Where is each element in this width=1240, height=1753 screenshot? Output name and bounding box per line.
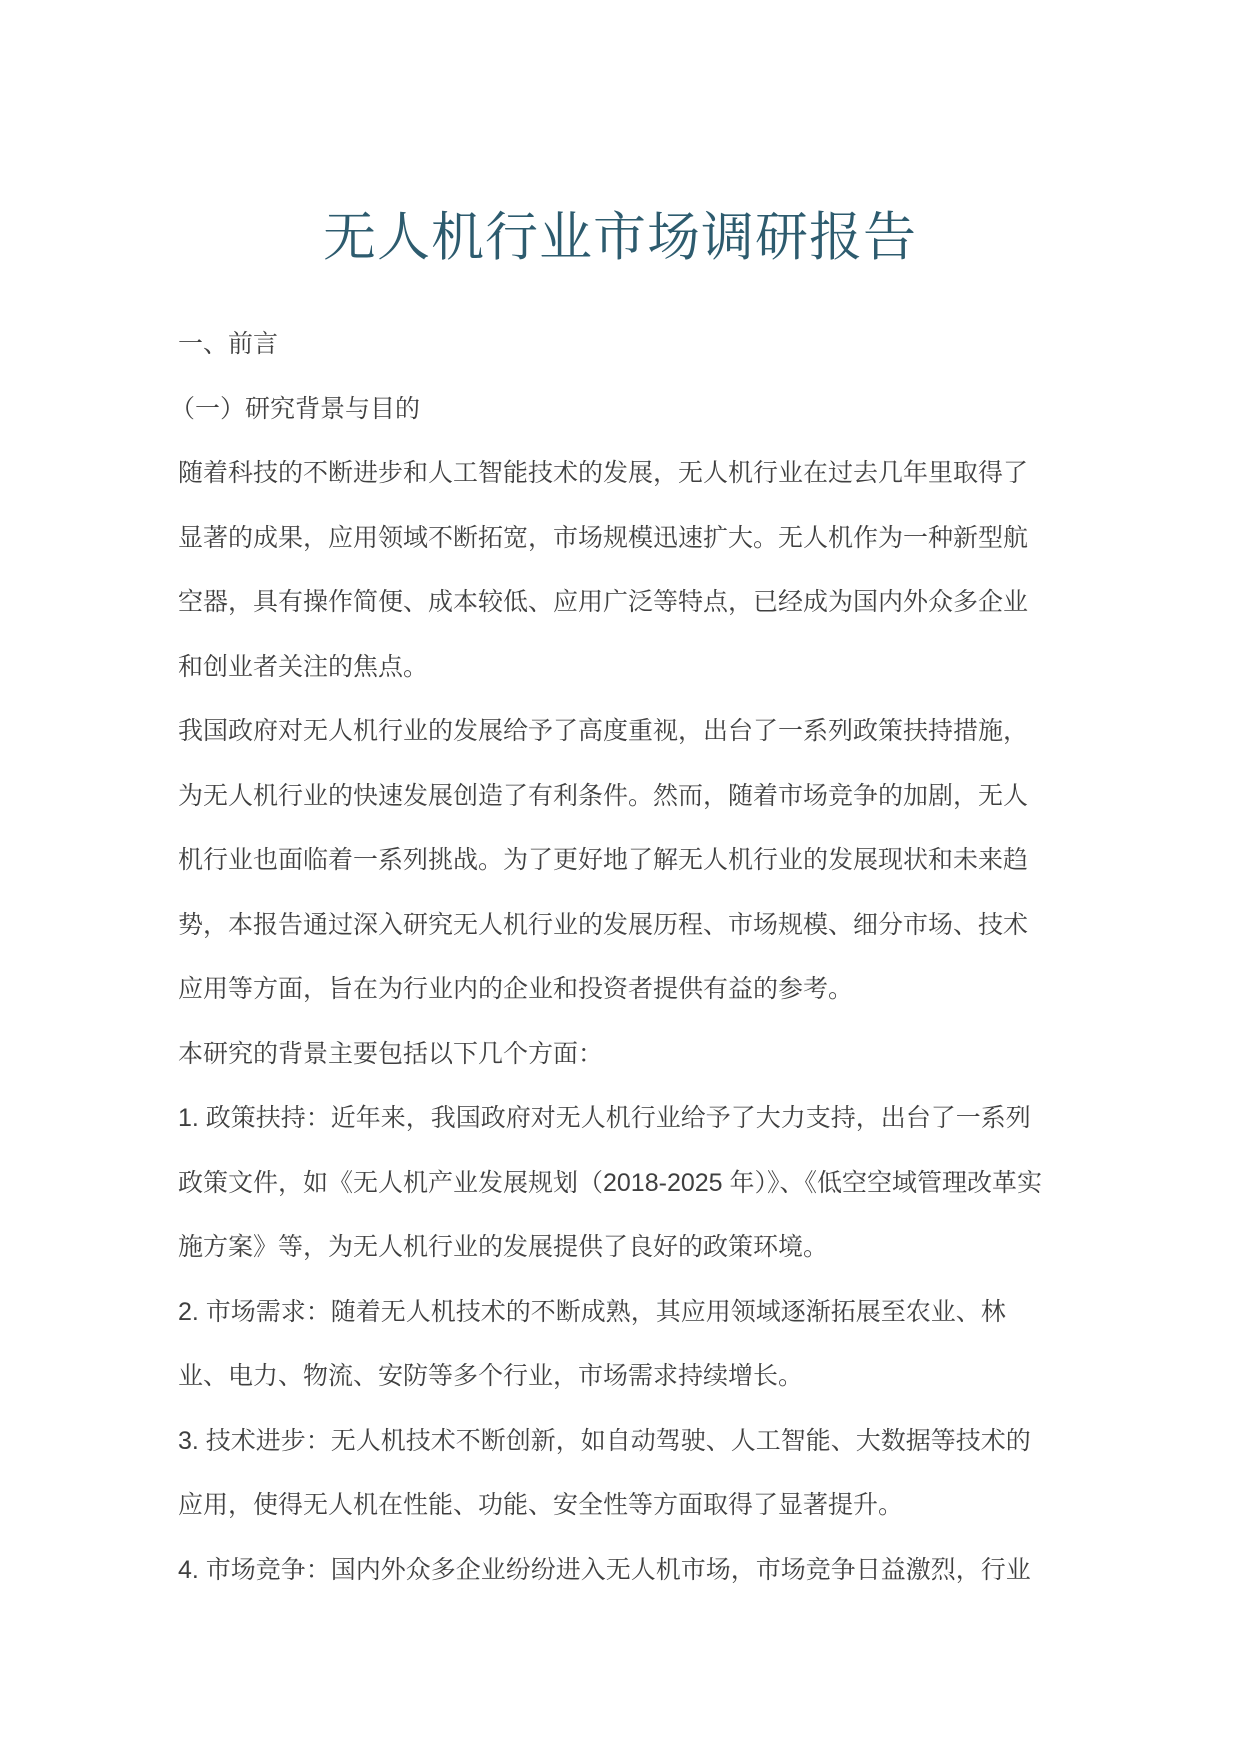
document-page: 无人机行业市场调研报告 一、前言 （一）研究背景与目的 随着科技的不断进步和人工… — [0, 0, 1240, 1753]
subsection-heading-background-purpose: （一）研究背景与目的 — [170, 377, 1078, 442]
paragraph-line: 业、电力、物流、安防等多个行业，市场需求持续增长。 — [178, 1344, 1078, 1409]
paragraph-line: 机行业也面临着一系列挑战。为了更好地了解无人机行业的发展现状和未来趋 — [178, 828, 1078, 893]
paragraph-line: 本研究的背景主要包括以下几个方面： — [178, 1022, 1078, 1087]
list-item-line-market-demand: 2. 市场需求：随着无人机技术的不断成熟，其应用领域逐渐拓展至农业、林 — [178, 1280, 1078, 1345]
paragraph-line: 显著的成果，应用领域不断拓宽，市场规模迅速扩大。无人机作为一种新型航 — [178, 506, 1078, 571]
list-item-line-policy-support: 1. 政策扶持：近年来，我国政府对无人机行业给予了大力支持，出台了一系列 — [178, 1086, 1078, 1151]
paragraph-line: 随着科技的不断进步和人工智能技术的发展，无人机行业在过去几年里取得了 — [178, 441, 1078, 506]
paragraph-line: 施方案》等，为无人机行业的发展提供了良好的政策环境。 — [178, 1215, 1078, 1280]
report-title: 无人机行业市场调研报告 — [0, 206, 1240, 270]
paragraph-line: 为无人机行业的快速发展创造了有利条件。然而，随着市场竞争的加剧，无人 — [178, 764, 1078, 829]
paragraph-line: 应用等方面，旨在为行业内的企业和投资者提供有益的参考。 — [178, 957, 1078, 1022]
paragraph-line: 空器，具有操作简便、成本较低、应用广泛等特点，已经成为国内外众多企业 — [178, 570, 1078, 635]
list-item-line-tech-progress: 3. 技术进步：无人机技术不断创新，如自动驾驶、人工智能、大数据等技术的 — [178, 1409, 1078, 1474]
paragraph-line: 应用，使得无人机在性能、功能、安全性等方面取得了显著提升。 — [178, 1473, 1078, 1538]
paragraph-line: 和创业者关注的焦点。 — [178, 635, 1078, 700]
paragraph-line: 政策文件，如《无人机产业发展规划（2018-2025 年）》、《低空空域管理改革… — [178, 1151, 1078, 1216]
list-item-line-market-competition: 4. 市场竞争：国内外众多企业纷纷进入无人机市场，市场竞争日益激烈，行业 — [178, 1538, 1078, 1603]
document-body: 一、前言 （一）研究背景与目的 随着科技的不断进步和人工智能技术的发展，无人机行… — [178, 312, 1078, 1602]
paragraph-line: 我国政府对无人机行业的发展给予了高度重视，出台了一系列政策扶持措施， — [178, 699, 1078, 764]
paragraph-line: 势，本报告通过深入研究无人机行业的发展历程、市场规模、细分市场、技术 — [178, 893, 1078, 958]
section-heading-preface: 一、前言 — [178, 312, 1078, 377]
